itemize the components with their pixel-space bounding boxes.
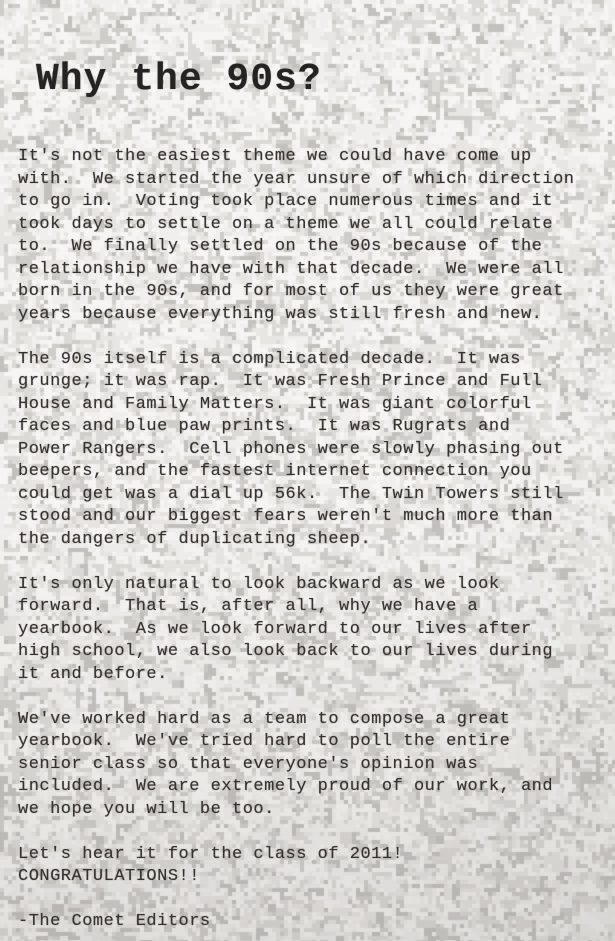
paragraph-worked-hard: We've worked hard as a team to compose a… <box>18 709 607 822</box>
paragraph-90s-decade: The 90s itself is a complicated decade. … <box>18 349 607 552</box>
closing-congratulations: Let's hear it for the class of 2011! CON… <box>18 844 607 889</box>
editors-signature: -The Comet Editors <box>18 911 607 934</box>
paragraph-theme-choice: It's not the easiest theme we could have… <box>18 146 607 326</box>
page-title: Why the 90s? <box>36 58 615 102</box>
paragraph-look-backward: It's only natural to look backward as we… <box>18 574 607 687</box>
yearbook-page-photo: Why the 90s? It's not the easiest theme … <box>0 0 615 941</box>
page-content: Why the 90s? It's not the easiest theme … <box>0 0 615 941</box>
